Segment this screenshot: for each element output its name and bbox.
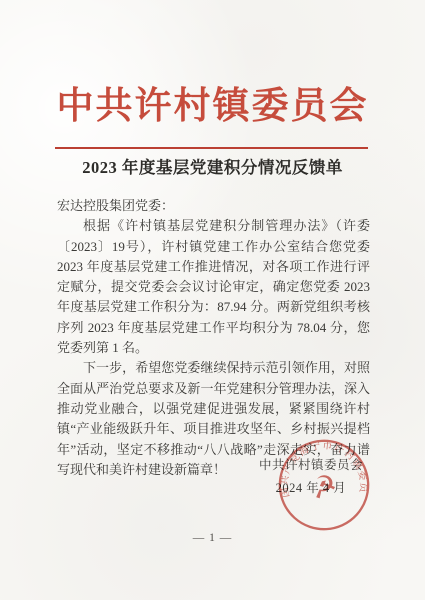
document-page: 中共许村镇委员会 2023 年度基层党建积分情况反馈单 宏达控股集团党委： 根据… [0,0,425,600]
org-title: 中共许村镇委员会 [0,82,425,132]
document-body: 宏达控股集团党委： 根据《许村镇基层党建积分制管理办法》（许委〔2023〕19号… [57,196,370,480]
salutation: 宏达控股集团党委： [57,196,370,216]
signature-org: 中共许村镇委员会 [249,457,373,474]
document-title: 2023 年度基层党建积分情况反馈单 [0,156,425,180]
paragraph-1: 根据《许村镇基层党建积分制管理办法》（许委〔2023〕19号），许村镇党建工作办… [57,216,370,358]
document-date: 2024 年 4 月 [249,480,373,497]
red-divider [55,147,368,149]
closing-block: 中共许村镇委员会 2024 年 4 月 [249,457,373,497]
page-number: — 1 — [0,532,425,544]
